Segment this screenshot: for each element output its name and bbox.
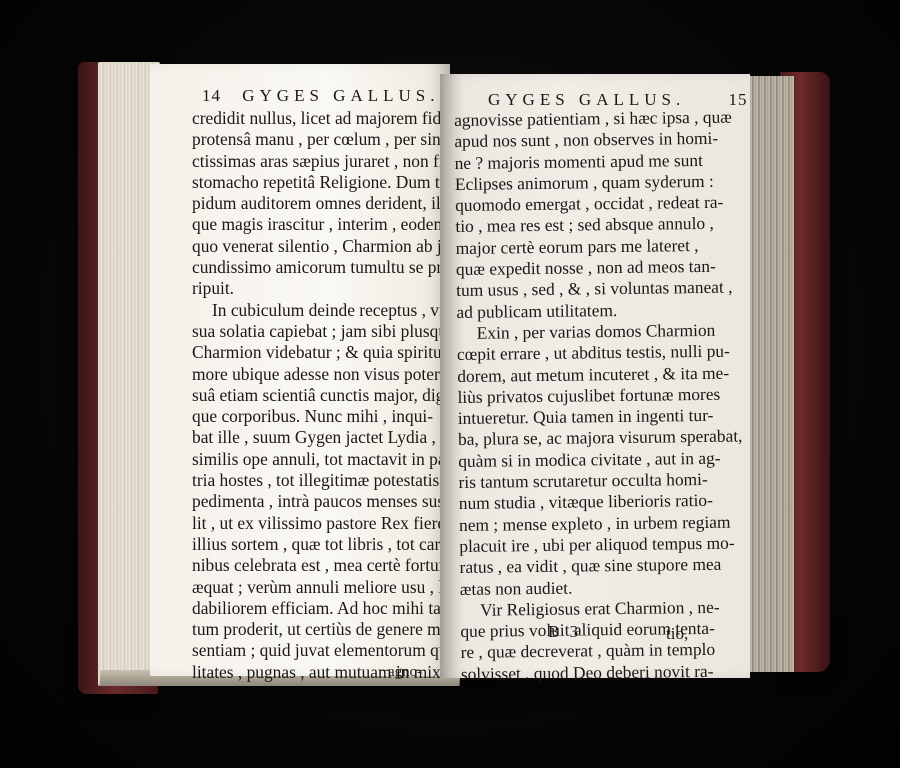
text-line: re , quæ decreverat , quàm in templo bbox=[461, 639, 746, 664]
text-line: num studia , vitæque liberioris ratio- bbox=[459, 490, 744, 515]
text-line: bat ille , suum Gygen jactet Lydia , qui bbox=[192, 427, 450, 448]
text-line: tria hostes , tot illegitimæ potestatis … bbox=[192, 470, 450, 491]
text-line: que corporibus. Nunc mihi , inqui- bbox=[192, 406, 450, 427]
right-catchword: tio, bbox=[666, 624, 688, 644]
text-line: nibus celebrata est , mea certè fortuna bbox=[192, 555, 450, 576]
text-line: ctissimas aras sæpius juraret , non fine bbox=[192, 151, 450, 172]
text-line: tum proderit, ut certiùs de genere meo bbox=[192, 619, 450, 640]
left-running-head: 14 GYGES GALLUS. bbox=[202, 86, 439, 106]
right-page: GYGES GALLUS. 15 agnovisse patientiam , … bbox=[440, 74, 750, 678]
text-line: cœpit errare , ut abditus testis, nulli … bbox=[457, 341, 742, 366]
text-line: dabiliorem efficiam. Ad hoc mihi tan- bbox=[192, 598, 450, 619]
text-line: solvisset , quod Deo deberi novit ra- bbox=[461, 660, 746, 685]
text-line: credidit nullus, licet ad majorem fidem bbox=[192, 108, 450, 129]
text-line: ripuit. bbox=[192, 278, 450, 299]
right-running-title: GYGES GALLUS. bbox=[488, 90, 685, 109]
text-line: lit , ut ex vilissimo pastore Rex fieret… bbox=[192, 513, 450, 534]
text-line: pidum auditorem omnes derident, ille bbox=[192, 193, 450, 214]
text-line: In cubiculum deinde receptus , vir bbox=[192, 300, 470, 321]
text-line: que magis irascitur , interim , eodem bbox=[192, 214, 450, 235]
text-line: æquat ; verùm annuli meliore usu , lau- bbox=[192, 577, 450, 598]
signature-mark: B 3 bbox=[548, 622, 581, 642]
text-line: stomacho repetitâ Religione. Dum tre- bbox=[192, 172, 450, 193]
left-page: 14 GYGES GALLUS. credidit nullus, licet … bbox=[150, 64, 450, 676]
text-line: sentiam ; quid juvat elementorum qua- bbox=[192, 640, 450, 661]
text-line: sua solatia capiebat ; jam sibi plusquam bbox=[192, 321, 450, 342]
text-line: apud nos sunt , non observes in homi- bbox=[454, 128, 739, 153]
text-line: illius sortem , quæ tot libris , tot car… bbox=[192, 534, 450, 555]
text-line: Charmion videbatur ; & quia spirituum bbox=[192, 342, 450, 363]
book-shadow bbox=[90, 680, 830, 720]
right-page-text: agnovisse patientiam , si hæc ipsa , quæ… bbox=[454, 107, 745, 685]
text-line: similis ope annuli, tot mactavit in pa- bbox=[192, 449, 450, 470]
left-catchword: agno- bbox=[388, 664, 422, 681]
text-line: quo venerat silentio , Charmion ab ju- bbox=[192, 236, 450, 257]
text-line: suâ etiam scientiâ cunctis major, dignio… bbox=[192, 385, 450, 406]
text-line: protensâ manu , per cœlum , per sin- bbox=[192, 129, 450, 150]
text-line: more ubique adesse non visus poterat, bbox=[192, 364, 450, 385]
left-page-text: credidit nullus, licet ad majorem fidemp… bbox=[192, 108, 470, 683]
text-line: cundissimo amicorum tumultu se pro- bbox=[192, 257, 450, 278]
text-line: pedimenta , intrà paucos menses sustu- bbox=[192, 491, 450, 512]
text-line: tum usus , sed , & , si voluntas maneat … bbox=[456, 277, 741, 302]
left-page-number: 14 bbox=[202, 86, 221, 105]
left-running-title: GYGES GALLUS. bbox=[242, 86, 439, 105]
text-line: ratus , ea vidit , quæ sine stupore mea bbox=[459, 554, 744, 579]
